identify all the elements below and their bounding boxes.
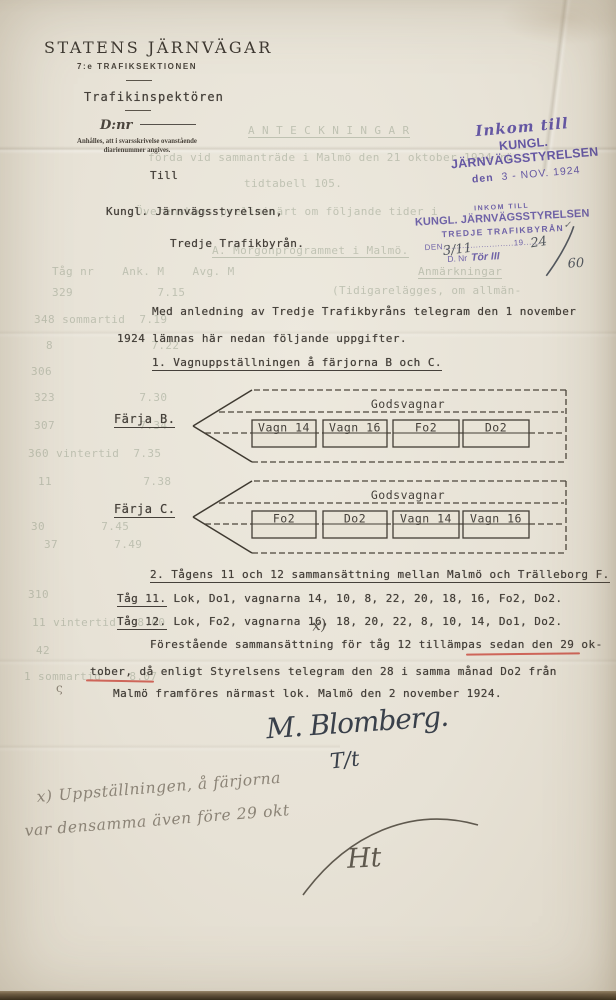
ghost-text: 11 7.38: [38, 475, 171, 488]
signature-title: T/t: [329, 747, 361, 774]
label-text: Färja C.: [114, 502, 175, 518]
wagon-box-label: Vagn 14: [400, 512, 452, 526]
heading-text: 1. Vagnuppställningen å färjorna B och C…: [152, 356, 442, 371]
document-page: A N T E C K N I N G A Rförda vid sammant…: [0, 0, 616, 1000]
letterhead-organization: STATENS JÄRNVÄGAR: [44, 38, 273, 57]
train-consist: Lok, Do1, vagnarna 14, 10, 8, 22, 20, 18…: [174, 592, 563, 605]
signature-name: M. Blomberg.: [265, 700, 449, 746]
ghost-text: 329 7.15: [52, 286, 185, 299]
dnr-label: D:nr: [100, 118, 132, 133]
pencil-note-line: var densamma även före 29 okt: [24, 801, 290, 840]
letterhead-rule: [126, 80, 152, 81]
ferry-b-label: Färja B.: [114, 412, 175, 426]
ghost-text: 306: [31, 365, 52, 378]
handwritten-number: 60: [567, 256, 584, 272]
ghost-text: 348 sommartid 7.19: [34, 313, 167, 326]
pencil-note-mark: x): [36, 787, 53, 806]
paper-crease: [0, 744, 340, 752]
address-line: Kungl. Järnvägsstyrelsen,: [106, 205, 283, 218]
bureau-stamp: INKOM TILL KUNGL. JÄRNVÄGSSTYRELSEN TRED…: [413, 199, 594, 266]
diary-number-field: D:nr: [100, 114, 196, 133]
address-line: Tredje Trafikbyrån.: [170, 237, 304, 250]
wagon-box-label: Do2: [485, 421, 507, 435]
pencil-note-line: x)Uppställningen, å färjorna: [36, 769, 282, 806]
ghost-text: 42: [36, 644, 50, 657]
ghost-text: 37 7.49: [44, 538, 142, 551]
ferry-b-diagram: Godsvagnar Vagn 14 Vagn 16 Fo2 Do2: [185, 383, 575, 469]
address-to: Till: [150, 169, 178, 182]
deck-label: Godsvagnar: [371, 397, 445, 411]
train-label: Tåg 11.: [117, 592, 167, 607]
body-line: Med anledning av Tredje Trafikbyråns tel…: [152, 305, 576, 318]
closing-line: tober, då enligt Styrelsens telegram den…: [90, 665, 557, 678]
body-line: 1924 lämnas här nedan följande uppgifter…: [117, 332, 407, 345]
pencil-flourish: [295, 813, 485, 908]
closing-line: Förestående sammansättning för tåg 12 ti…: [150, 638, 603, 651]
dnr-blank-line: [140, 124, 196, 125]
section-heading-2: 2. Tågens 11 och 12 sammansättning mella…: [150, 568, 610, 581]
heading-text: 2. Tågens 11 och 12 sammansättning mella…: [150, 568, 610, 583]
insertion-mark: x): [311, 615, 327, 634]
wagon-box-label: Vagn 16: [470, 512, 522, 526]
letterhead-footnote: Anhålles, att i svarsskrivelse ovanståen…: [62, 138, 212, 155]
deck-label: Godsvagnar: [371, 488, 445, 502]
letterhead-role: Trafikinspektören: [84, 90, 224, 104]
wagon-box-label: Vagn 16: [329, 421, 381, 435]
train-consist: Lok, Fo2, vagnarna 16, 18, 20, 22, 8, 10…: [174, 615, 563, 628]
paper-stain: [500, 0, 616, 45]
closing-line: Malmö framföres närmast lok. Malmö den 2…: [113, 687, 502, 700]
stamp-date-prefix: den: [471, 172, 494, 186]
ghost-text: Tåg nr Ank. M Avg. M: [52, 265, 235, 278]
train-12-line: Tåg 12.Lok, Fo2, vagnarna 16, 18, 20, 22…: [117, 615, 563, 628]
wagon-box-label: Fo2: [415, 421, 437, 435]
pencil-margin-mark: ς: [56, 681, 63, 695]
ghost-text: 360 vintertid 7.35: [28, 447, 161, 460]
pencil-note-text: Uppställningen, å färjorna: [58, 769, 282, 804]
section-heading-1: 1. Vagnuppställningen å färjorna B och C…: [152, 356, 442, 369]
stamp-dnr-value: Tör III: [471, 250, 500, 263]
train-11-line: Tåg 11.Lok, Do1, vagnarna 14, 10, 8, 22,…: [117, 592, 563, 605]
letterhead-rule: [125, 110, 151, 111]
ghost-text: Anmärkningar: [418, 265, 502, 279]
wagon-box-label: Fo2: [273, 512, 295, 526]
letterhead-section: 7:e TRAFIKSEKTIONEN: [77, 62, 197, 71]
label-text: Färja B.: [114, 412, 175, 428]
ghost-text: 310: [28, 588, 49, 601]
ghost-text: 323 7.30: [34, 391, 167, 404]
red-underline: [466, 652, 580, 655]
train-label: Tåg 12.: [117, 615, 167, 630]
wagon-box-label: Do2: [344, 512, 366, 526]
red-underline: [86, 679, 154, 682]
ghost-text: tidtabell 105.: [244, 177, 342, 190]
ghost-text: 30 7.45: [31, 520, 129, 533]
table-background-edge: [0, 991, 616, 1000]
ferry-c-diagram: Godsvagnar Fo2 Do2 Vagn 14 Vagn 16: [185, 474, 575, 560]
stamp-date: 3 - NOV. 1924: [501, 164, 581, 183]
received-stamp: Inkom till KUNGL. JÄRNVÄGSSTYRELSEN den3…: [426, 110, 616, 189]
ghost-text: (Tidigarelägges, om allmän-: [332, 284, 522, 297]
wagon-box-label: Vagn 14: [258, 421, 310, 435]
ghost-text: A N T E C K N I N G A R: [248, 124, 410, 138]
ferry-c-label: Färja C.: [114, 502, 175, 516]
